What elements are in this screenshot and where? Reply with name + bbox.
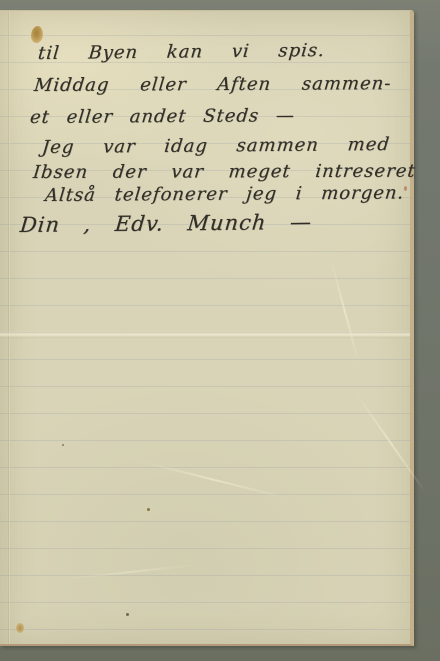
handwritten-line-3: et eller andet Steds —	[29, 105, 296, 128]
ink-stain	[16, 623, 24, 633]
paper-wrinkle	[142, 461, 288, 499]
letter-paper: til Byen kan vi spis. Middag eller Aften…	[0, 10, 414, 646]
paper-wrinkle	[330, 259, 360, 366]
handwritten-line-6: Altså telefonerer jeg i morgen.	[44, 182, 405, 206]
scan-backdrop: til Byen kan vi spis. Middag eller Aften…	[0, 0, 440, 661]
handwritten-line-5: Ibsen der var meget intreseret	[32, 161, 417, 183]
paper-speck	[62, 444, 64, 446]
paper-speck	[126, 613, 129, 616]
paper-wrinkle	[355, 392, 425, 491]
handwritten-line-1: til Byen kan vi spis.	[37, 40, 326, 64]
paper-speck	[147, 508, 150, 511]
paper-wrinkle	[60, 564, 199, 581]
signature-line: Din , Edv. Munch —	[19, 210, 313, 237]
paper-crease-vertical	[8, 11, 10, 644]
handwritten-line-2: Middag eller Aften sammen-	[33, 73, 392, 96]
handwritten-line-4: Jeg var idag sammen med	[41, 134, 391, 158]
ink-stain	[31, 26, 43, 43]
